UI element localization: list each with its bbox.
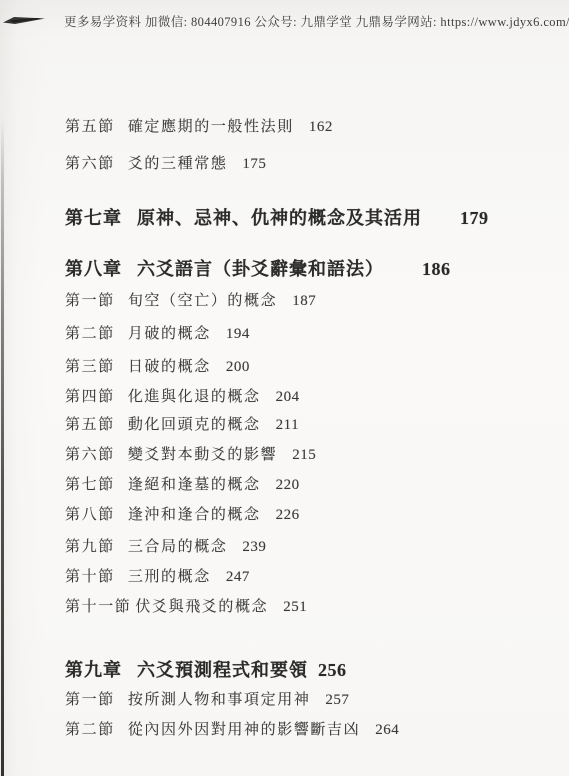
toc-entry-page: 162 [309,119,333,135]
toc-entry-number: 第七節 [65,477,115,493]
toc-entry-number: 第二節 [65,722,115,738]
toc-entry-chapter-7: 第七章原神、忌神、仇神的概念及其活用179 [65,208,489,230]
toc-entry-title: 三刑的概念 [128,569,211,585]
toc-entry-number: 第二節 [65,326,115,342]
toc-entry-page: 175 [242,156,266,172]
toc-entry-title: 化進與化退的概念 [128,389,261,405]
toc-entry-number: 第五節 [65,119,115,135]
toc-entry-section: 第七節逢絕和逢墓的概念220 [65,476,300,494]
toc-entry-title: 三合局的概念 [128,539,228,555]
toc-entry-number: 第十一節 [65,599,131,615]
toc-entry-title: 原神、忌神、仇神的概念及其活用 [137,208,422,228]
toc-entry-title: 日破的概念 [128,359,211,375]
toc-entry-section: 第六節變爻對本動爻的影響215 [65,446,316,464]
toc-entry-section: 第五節確定應期的一般性法則162 [65,118,333,136]
toc-entry-title: 旬空（空亡）的概念 [128,293,277,309]
toc-entry-number: 第八章 [65,259,122,279]
toc-entry-number: 第六節 [65,447,115,463]
toc-entry-chapter-8: 第八章六爻語言（卦爻辭彙和語法）186 [65,259,451,281]
toc-entry-page: 257 [325,692,349,708]
toc-entry-page: 186 [422,259,451,279]
scanned-book-page: 更多易学资料 加微信: 804407916 公众号: 九鼎学堂 九鼎易学网站: … [0,0,569,776]
toc-entry-page: 256 [318,660,347,680]
toc-entry-title: 爻的三種常態 [128,156,228,172]
toc-entry-title: 六爻語言（卦爻辭彙和語法） [137,259,384,279]
toc-entry-page: 204 [276,389,300,405]
toc-entry-title: 確定應期的一般性法則 [128,119,294,135]
toc-entry-number: 第四節 [65,389,115,405]
scan-artifact-streak [3,14,47,26]
toc-entry-page: 264 [375,722,399,738]
toc-entry-section: 第九節三合局的概念239 [65,538,266,556]
toc-entry-section: 第六節爻的三種常態175 [65,155,266,173]
toc-entry-number: 第五節 [65,417,115,433]
toc-entry-page: 251 [283,599,307,615]
toc-entry-section: 第一節按所測人物和事項定用神257 [65,691,349,709]
toc-entry-number: 第一節 [65,692,115,708]
toc-entry-number: 第九節 [65,539,115,555]
toc-entry-page: 215 [292,447,316,463]
toc-entry-section: 第二節月破的概念194 [65,325,250,343]
toc-entry-section: 第四節化進與化退的概念204 [65,388,300,406]
toc-entry-page: 194 [226,326,250,342]
toc-entry-number: 第三節 [65,359,115,375]
toc-entry-number: 第六節 [65,156,115,172]
toc-entry-section: 第五節動化回頭克的概念211 [65,416,299,434]
scan-artifact-left-edge-line [1,118,4,776]
toc-entry-page: 220 [276,477,300,493]
toc-entry-number: 第八節 [65,507,115,523]
toc-entry-section: 第一節旬空（空亡）的概念187 [65,292,316,310]
toc-entry-section: 第三節日破的概念200 [65,358,250,376]
toc-entry-number: 第十節 [65,569,115,585]
toc-entry-section: 第八節逢沖和逢合的概念226 [65,506,300,524]
toc-entry-title: 逢沖和逢合的概念 [128,507,261,523]
toc-entry-section: 第二節從內因外因對用神的影響斷吉凶264 [65,721,399,739]
toc-entry-title: 按所測人物和事項定用神 [128,692,311,708]
toc-entry-page: 179 [460,208,489,228]
toc-entry-page: 187 [292,293,316,309]
header-promo-notice: 更多易学资料 加微信: 804407916 公众号: 九鼎学堂 九鼎易学网站: … [64,12,569,30]
toc-entry-title: 伏爻與飛爻的概念 [135,599,268,615]
toc-entry-page: 200 [226,359,250,375]
toc-entry-title: 逢絕和逢墓的概念 [128,477,261,493]
toc-entry-page: 211 [276,417,299,433]
toc-entry-title: 月破的概念 [128,326,211,342]
toc-entry-title: 從內因外因對用神的影響斷吉凶 [128,722,360,738]
toc-entry-title: 變爻對本動爻的影響 [128,447,277,463]
toc-entry-number: 第一節 [65,293,115,309]
toc-entry-title: 動化回頭克的概念 [128,417,261,433]
toc-entry-page: 226 [276,507,300,523]
toc-entry-section: 第十節三刑的概念247 [65,568,250,586]
toc-entry-number: 第七章 [65,208,122,228]
toc-entry-number: 第九章 [65,660,122,680]
toc-entry-section: 第十一節伏爻與飛爻的概念251 [65,598,307,616]
toc-entry-page: 247 [226,569,250,585]
toc-entry-page: 239 [242,539,266,555]
toc-entry-title: 六爻預測程式和要領 [137,660,308,680]
toc-entry-chapter-9: 第九章六爻預測程式和要領256 [65,660,347,682]
